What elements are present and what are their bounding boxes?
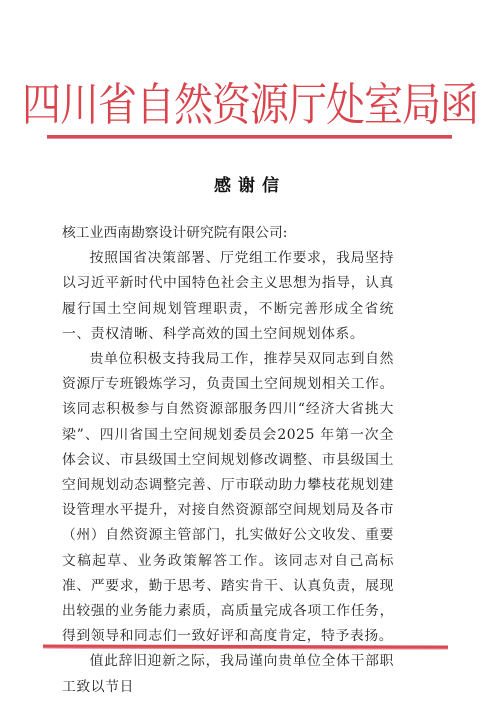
letterhead-divider-top: [47, 135, 452, 139]
salutation: 核工业西南勘察设计研究院有限公司:: [62, 221, 394, 246]
letter-body: 核工业西南勘察设计研究院有限公司: 按照国省决策部署、厅党组工作要求，我局坚持以…: [62, 221, 394, 700]
document-title: 感谢信: [0, 171, 500, 196]
paragraph-1: 按照国省决策部署、厅党组工作要求，我局坚持以习近平新时代中国特色社会主义思想为指…: [62, 246, 394, 347]
paragraph-2: 贵单位积极支持我局工作，推荐吴双同志到自然资源厅专班锻炼学习，负责国土空间规划相…: [62, 347, 394, 649]
letterhead-title: 四川省自然资源厅处室局函: [0, 76, 500, 136]
paragraph-3: 值此辞旧迎新之际，我局谨向贵单位全体干部职工致以节日: [62, 649, 394, 699]
